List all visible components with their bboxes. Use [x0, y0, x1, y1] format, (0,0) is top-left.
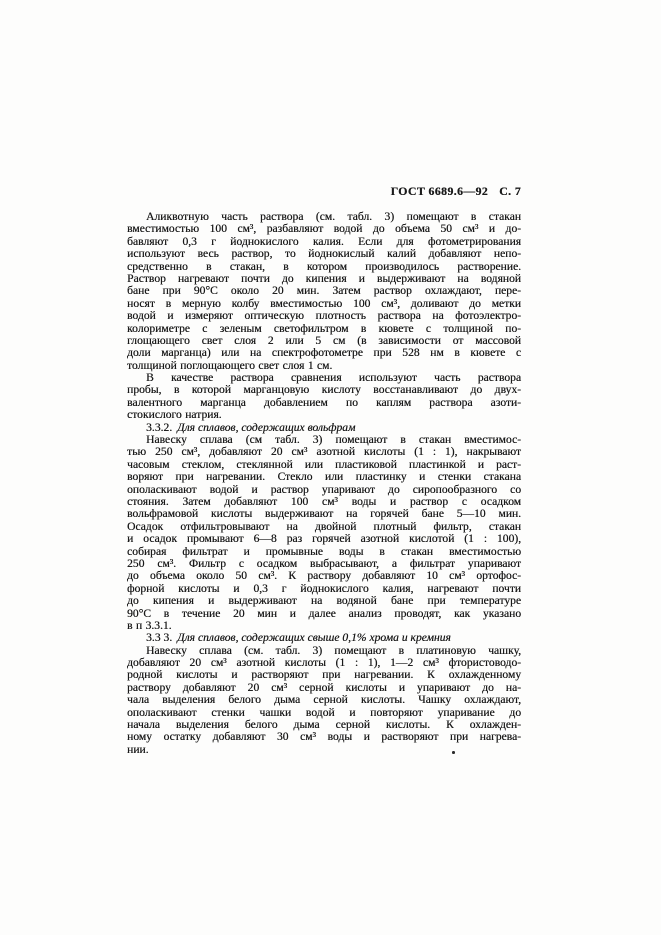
paragraph: Аликвотную часть раствора (см. табл. 3) …	[127, 211, 521, 372]
text-line: вольфрамовой кислоты выдерживают на горя…	[127, 508, 521, 520]
text-line: водой и измеряют оптическую плотность ра…	[127, 310, 521, 322]
section-number: 3.3 3.	[146, 631, 172, 644]
section-number: 3.3.2.	[146, 421, 172, 434]
document-page: ГОСТ 6689.6—92 С. 7 Аликвотную часть рас…	[0, 0, 661, 935]
text-line: до объема около 50 см³. К раствору добав…	[127, 570, 521, 582]
text-line: родной кислоты и растворяют при нагреван…	[127, 669, 521, 681]
document-body: Аликвотную часть раствора (см. табл. 3) …	[127, 211, 521, 756]
text-line: чала выделения белого дыма серной кислот…	[127, 694, 521, 706]
scan-artifact-dot	[452, 751, 455, 754]
text-line: бане при 90°С около 20 мин. Затем раство…	[127, 285, 521, 297]
page-number: С. 7	[499, 184, 521, 199]
text-line: тью 250 см³, добавляют 20 см³ азотной ки…	[127, 446, 521, 458]
paragraph: Навеску сплава (см табл. 3) помещают в с…	[127, 434, 521, 632]
text-line: воряют при нагревании. Стекло или пласти…	[127, 471, 521, 483]
section-title: Для сплавов, содержащих свыше 0,1% хрома…	[177, 631, 451, 644]
text-line: используют весь раствор, то йоднокислый …	[127, 248, 521, 260]
text-line: стокислого натрия.	[127, 409, 521, 421]
text-line: пробы, в которой марганцовую кислоту вос…	[127, 384, 521, 396]
section-heading-3-3-3: 3.3 3.Для сплавов, содержащих свыше 0,1%…	[127, 632, 521, 644]
page-header: ГОСТ 6689.6—92 С. 7	[127, 184, 521, 199]
section-title: Для сплавов, содержащих вольфрам	[177, 421, 355, 434]
text-line: доли марганца) или на спектрофотометре п…	[127, 347, 521, 359]
text-line: до кипения и выдерживают на водяной бане…	[127, 595, 521, 607]
standard-number: ГОСТ 6689.6—92	[391, 184, 489, 199]
text-line: нии.	[127, 744, 521, 756]
text-line: ному остатку добавляют 30 см³ воды и рас…	[127, 731, 521, 743]
text-line: и осадок промывают 6—8 раз горячей азотн…	[127, 533, 521, 545]
paragraph: В качестве раствора сравнения используют…	[127, 372, 521, 422]
text-line: 90°С в течение 20 мин и далее анализ про…	[127, 608, 521, 620]
text-line: вместимостью 100 см³, разбавляют водой д…	[127, 223, 521, 235]
paragraph: Навеску сплава (см. табл. 3) помещают в …	[127, 645, 521, 757]
